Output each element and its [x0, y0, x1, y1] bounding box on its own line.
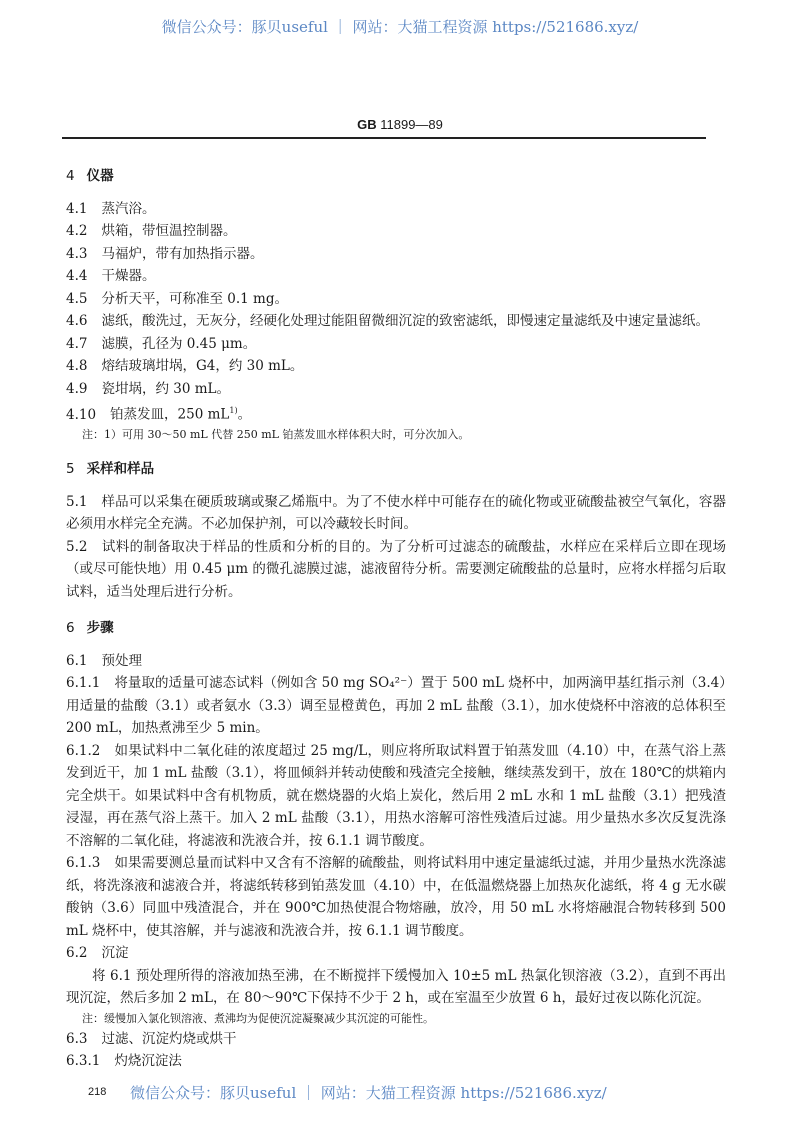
list-item-4-5: 4.5分析天平，可称准至 0.1 mg。 [66, 288, 726, 311]
subheading-6-3-1: 6.3.1灼烧沉淀法 [66, 1050, 726, 1073]
header-rule [62, 137, 706, 139]
list-item-4-10: 4.10铂蒸发皿，250 mL1)。 [66, 400, 726, 426]
subheading-6-2: 6.2沉淀 [66, 942, 726, 965]
section-heading-4: 4仪器 [66, 165, 726, 188]
document-body: 4仪器 4.1蒸汽浴。 4.2烘箱，带恒温控制器。 4.3马福炉，带有加热指示器… [66, 165, 726, 1073]
page-number: 218 [88, 1086, 106, 1098]
list-item-4-4: 4.4干燥器。 [66, 265, 726, 288]
paragraph-6-1-2: 6.1.2如果试料中二氧化硅的浓度超过 25 mg/L，则应将所取试料置于铂蒸发… [66, 740, 726, 853]
watermark-top: 微信公众号：豚贝useful ｜ 网站：大猫工程资源 https://52168… [0, 16, 800, 37]
note-6-2: 注：缓慢加入氯化钡溶液、煮沸均为促使沉淀凝聚减少其沉淀的可能性。 [82, 1010, 726, 1028]
standard-code-header: GB 11899—89 [0, 117, 800, 132]
list-item-4-3: 4.3马福炉，带有加热指示器。 [66, 243, 726, 266]
section-heading-6: 6步骤 [66, 617, 726, 640]
watermark-bottom: 微信公众号：豚贝useful ｜ 网站：大猫工程资源 https://52168… [130, 1082, 607, 1103]
list-item-4-7: 4.7滤膜，孔径为 0.45 μm。 [66, 333, 726, 356]
standard-number: 11899—89 [380, 117, 443, 132]
paragraph-6-1-3: 6.1.3如果需要测总量而试料中又含有不溶解的硫酸盐，则将试料用中速定量滤纸过滤… [66, 852, 726, 942]
paragraph-6-1-1: 6.1.1将量取的适量可滤态试料（例如含 50 mg SO₄²⁻）置于 500 … [66, 672, 726, 740]
paragraph-6-2: 将 6.1 预处理所得的溶液加热至沸，在不断搅拌下缓慢加入 10±5 mL 热氯… [66, 965, 726, 1010]
list-item-4-9: 4.9瓷坩埚，约 30 mL。 [66, 378, 726, 401]
list-item-4-8: 4.8熔结玻璃坩埚，G4，约 30 mL。 [66, 355, 726, 378]
section-heading-5: 5采样和样品 [66, 458, 726, 481]
subheading-6-3: 6.3过滤、沉淀灼烧或烘干 [66, 1028, 726, 1051]
footnote-marker: 1) [229, 406, 237, 415]
footnote-4: 注：1）可用 30～50 mL 代替 250 mL 铂蒸发皿水样体积大时，可分次… [82, 426, 726, 444]
list-item-4-2: 4.2烘箱，带恒温控制器。 [66, 220, 726, 243]
standard-prefix: GB [357, 117, 377, 132]
paragraph-5-1: 5.1样品可以采集在硬质玻璃或聚乙烯瓶中。为了不使水样中可能存在的硫化物或亚硫酸… [66, 491, 726, 536]
list-item-4-6: 4.6滤纸，酸洗过，无灰分，经硬化处理过能阻留微细沉淀的致密滤纸，即慢速定量滤纸… [66, 310, 726, 333]
subheading-6-1: 6.1预处理 [66, 650, 726, 673]
paragraph-5-2: 5.2试料的制备取决于样品的性质和分析的目的。为了分析可过滤态的硫酸盐，水样应在… [66, 536, 726, 604]
list-item-4-1: 4.1蒸汽浴。 [66, 198, 726, 221]
